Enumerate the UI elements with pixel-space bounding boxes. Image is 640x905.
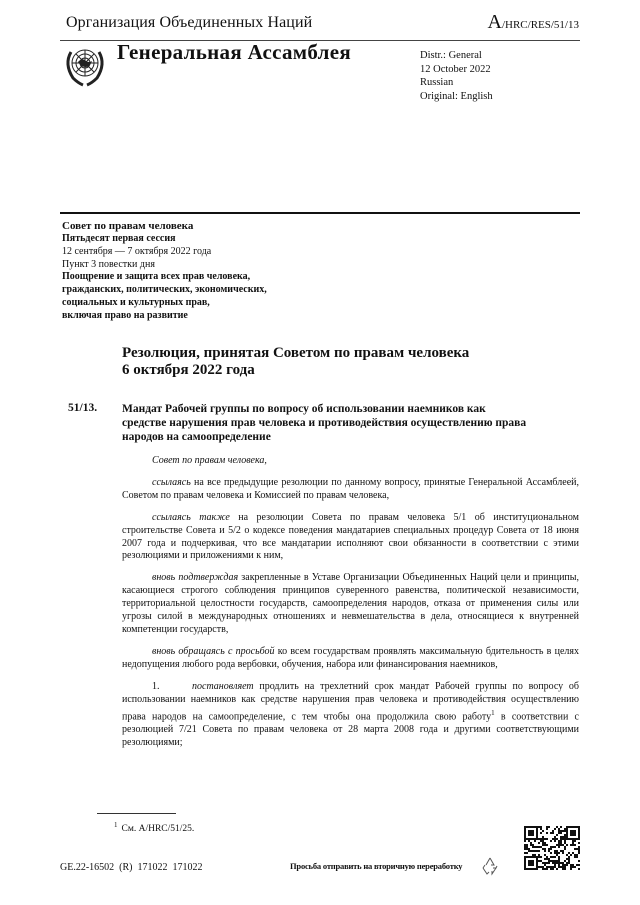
resolution-title-line: Резолюция, принятая Советом по правам че… bbox=[122, 345, 542, 362]
resolution-number: 51/13. bbox=[68, 402, 97, 414]
distribution-date: 12 October 2022 bbox=[420, 63, 493, 77]
agenda-item: Пункт 3 повестки дня bbox=[62, 259, 267, 272]
recycle-icon bbox=[480, 856, 500, 876]
resolution-heading: Мандат Рабочей группы по вопросу об испо… bbox=[122, 402, 532, 444]
distribution-original: Original: English bbox=[420, 90, 493, 104]
symbol-rest: /HRC/RES/51/13 bbox=[502, 19, 579, 31]
preamble-paragraph: вновь обращаясь с просьбой ко всем госуд… bbox=[122, 646, 579, 672]
operative-number: 1. bbox=[152, 681, 192, 694]
session-name: Пятьдесят первая сессия bbox=[62, 233, 267, 246]
council-name: Совет по правам человека bbox=[62, 219, 267, 233]
job-number: GE.22-16502 (R) 171022 171022 bbox=[60, 862, 203, 873]
preamble-paragraph: вновь подтверждая закрепленные в Уставе … bbox=[122, 572, 579, 637]
resolution-date-line: 6 октября 2022 года bbox=[122, 362, 542, 379]
distribution-line: Distr.: General bbox=[420, 49, 493, 63]
resolution-title: Резолюция, принятая Советом по правам че… bbox=[122, 345, 542, 379]
symbol-prefix: A bbox=[488, 11, 502, 33]
footnote: 1См. A/HRC/51/25. bbox=[114, 821, 194, 834]
meeting-metadata: Совет по правам человека Пятьдесят перва… bbox=[62, 219, 267, 323]
preamble-paragraph: ссылаясь на все предыдущие резолюции по … bbox=[122, 477, 579, 503]
agenda-title-line: Поощрение и защита всех прав человека, bbox=[62, 271, 267, 284]
resolution-body: Совет по правам человека, ссылаясь на вс… bbox=[122, 455, 579, 759]
organization-name: Организация Объединенных Наций bbox=[66, 14, 312, 32]
preamble-actor: Совет по правам человека, bbox=[122, 455, 579, 468]
qr-code-icon bbox=[524, 826, 580, 870]
agenda-title-line: включая право на развитие bbox=[62, 310, 267, 323]
document-symbol: A/HRC/RES/51/13 bbox=[488, 11, 579, 34]
recycle-text: Просьба отправить на вторичную переработ… bbox=[290, 861, 462, 871]
preamble-paragraph: ссылаясь также на резолюции Совета по пр… bbox=[122, 512, 579, 564]
agenda-title-line: социальных и культурных прав, bbox=[62, 297, 267, 310]
agenda-title-line: гражданских, политических, экономических… bbox=[62, 284, 267, 297]
body-title: Генеральная Ассамблея bbox=[117, 40, 351, 65]
distribution-language: Russian bbox=[420, 76, 493, 90]
footnote-rule bbox=[97, 813, 176, 814]
section-rule bbox=[60, 212, 580, 214]
session-dates: 12 сентября — 7 октября 2022 года bbox=[62, 246, 267, 259]
operative-paragraph: 1.постановляет продлить на трехлетний ср… bbox=[122, 681, 579, 750]
distribution-block: Distr.: General 12 October 2022 Russian … bbox=[420, 49, 493, 103]
un-emblem-icon bbox=[62, 42, 108, 88]
